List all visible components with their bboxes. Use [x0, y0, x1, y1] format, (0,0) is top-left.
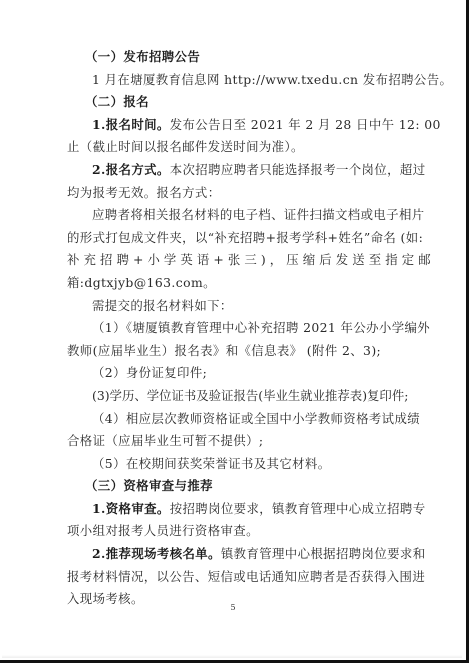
registration-instructions-line3: 补充招聘+小学英语+张三)，压缩后发送至指定邮	[67, 249, 407, 272]
materials-intro: 需提交的报名材料如下：	[67, 295, 407, 318]
section-heading-qualification-review: （三）资格审查与推荐	[67, 475, 407, 498]
page-bottom-shadow	[2, 655, 462, 658]
material-item-4-line1: （4）相应层次教师资格证或全国中小学教师资格考试成绩	[67, 408, 407, 431]
registration-time-text: 发布公告日至 2021 年 2 月 28 日中午 12: 00	[170, 117, 441, 132]
qualification-review-text: 按招聘岗位要求，镇教育管理中心成立招聘专	[170, 501, 426, 516]
material-item-3: (3)学历、学位证书及验证报告(毕业生就业推荐表)复印件;	[67, 385, 407, 408]
qualification-review-label: 1.资格审查。	[92, 501, 170, 516]
page-number: 5	[0, 603, 466, 612]
material-item-1-line1: （1）《塘厦镇教育管理中心补充招聘 2021 年公办小学编外	[67, 317, 407, 340]
registration-method-line2: 均为报考无效。报名方式：	[67, 182, 407, 205]
publish-notice-text: 1 月在塘厦教育信息网 http://www.txedu.cn 发布招聘公告。	[67, 69, 407, 92]
registration-time-line1: 1.报名时间。发布公告日至 2021 年 2 月 28 日中午 12: 00	[67, 114, 407, 137]
qualification-review-line2: 项小组对报考人员进行资格审查。	[67, 520, 407, 543]
document-body: （一）发布招聘公告 1 月在塘厦教育信息网 http://www.txedu.c…	[67, 46, 407, 611]
material-item-1-line2: 教师(应届毕业生）报名表》和《信息表》 (附件 2、3);	[67, 340, 407, 363]
section-heading-registration: （二）报名	[67, 91, 407, 114]
qualification-review-line1: 1.资格审查。按招聘岗位要求，镇教育管理中心成立招聘专	[67, 498, 407, 521]
onsite-assessment-line2: 报考材料情况，以公告、短信或电话通知应聘者是否获得入围进	[67, 566, 407, 589]
registration-instructions-line1: 应聘者将相关报名材料的电子档、证件扫描文档或电子相片	[67, 204, 407, 227]
registration-instructions-line2: 的形式打包成文件夹，以“补充招聘+报考学科+姓名”命名 (如:	[67, 227, 407, 250]
registration-time-label: 1.报名时间。	[92, 117, 170, 132]
onsite-assessment-text: 镇教育管理中心根据招聘岗位要求和	[221, 546, 426, 561]
document-page: （一）发布招聘公告 1 月在塘厦教育信息网 http://www.txedu.c…	[0, 0, 469, 663]
registration-method-line1: 2.报名方式。本次招聘应聘者只能选择报考一个岗位，超过	[67, 159, 407, 182]
onsite-assessment-label: 2.推荐现场考核名单。	[92, 546, 221, 561]
registration-method-text: 本次招聘应聘者只能选择报考一个岗位，超过	[170, 162, 426, 177]
material-item-2: （2）身份证复印件;	[67, 362, 407, 385]
registration-time-line2: 止（截止时间以报名邮件发送时间为准）。	[67, 136, 407, 159]
registration-method-label: 2.报名方式。	[92, 162, 170, 177]
material-item-4-line2: 合格证（应届毕业生可暂不提供）;	[67, 430, 407, 453]
material-item-5: （5）在校期间获奖荣誉证书及其它材料。	[67, 453, 407, 476]
onsite-assessment-line1: 2.推荐现场考核名单。镇教育管理中心根据招聘岗位要求和	[67, 543, 407, 566]
registration-email-line: 箱:dgtxjyb@163.com。	[67, 272, 407, 295]
section-heading-publish-notice: （一）发布招聘公告	[67, 46, 407, 69]
